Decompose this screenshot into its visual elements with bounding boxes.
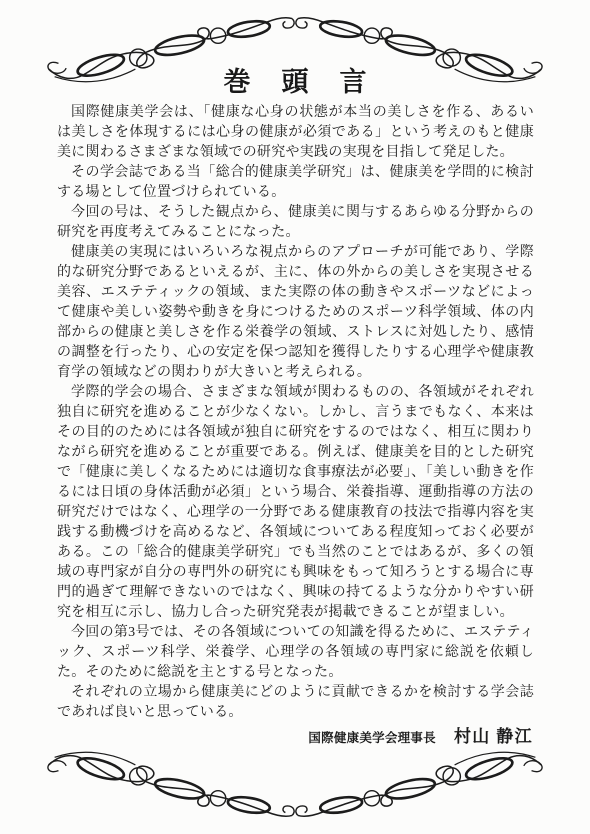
- paragraph: 今回の第3号では、その各領域についての知識を得るために、エステティック、スポーツ…: [57, 623, 534, 683]
- paragraph: 今回の号は、そうした観点から、健康美に関与するあらゆる分野からの研究を再度考えて…: [57, 203, 534, 243]
- body-text: 国際健康美学会は、「健康な心身の状態が本当の美しさを作る、あるいは美しさを体現す…: [57, 103, 534, 723]
- signature-name: 村山 静江: [454, 727, 533, 746]
- signature-role: 国際健康美学会理事長: [308, 731, 436, 745]
- flourish-icon: [45, 744, 545, 824]
- page-title: 巻 頭 言: [0, 60, 590, 99]
- paragraph: その学会誌である当「総合的健康美学研究」は、健康美を学問的に検討する場として位置…: [57, 163, 534, 203]
- document-page: 巻 頭 言 国際健康美学会は、「健康な心身の状態が本当の美しさを作る、あるいは美…: [0, 0, 590, 834]
- paragraph: 学際的学会の場合、さまざまな領域が関わるものの、各領域がそれぞれ独自に研究を進め…: [57, 383, 534, 623]
- bottom-flourish-ornament: [45, 744, 545, 824]
- paragraph: それぞれの立場から健康美にどのように貢献できるかを検討する学会誌であれば良いと思…: [57, 683, 534, 723]
- paragraph: 健康美の実現にはいろいろな視点からのアプローチが可能であり、学際的な研究分野であ…: [57, 243, 534, 383]
- signature: 国際健康美学会理事長 村山 静江: [308, 722, 533, 747]
- paragraph: 国際健康美学会は、「健康な心身の状態が本当の美しさを作る、あるいは美しさを体現す…: [57, 103, 534, 163]
